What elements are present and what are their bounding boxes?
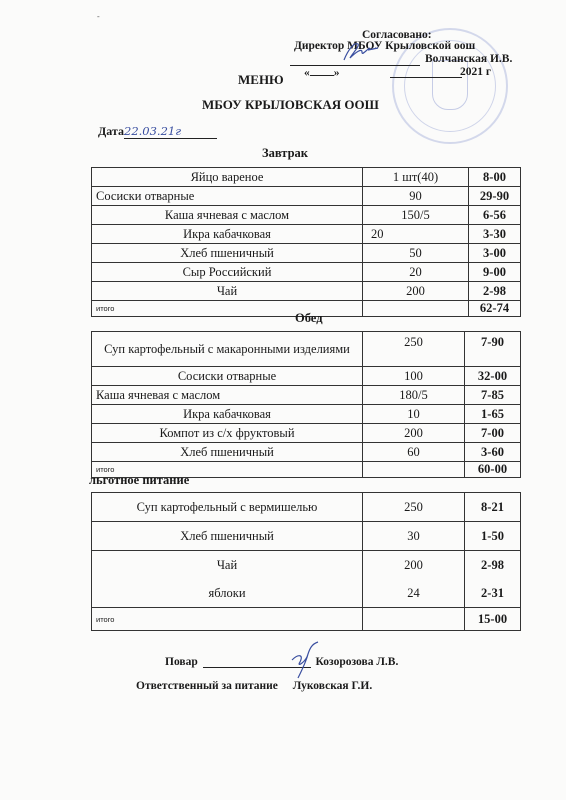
date-label: Дата bbox=[98, 124, 124, 138]
price-cell: 3-60 bbox=[465, 443, 521, 462]
portion-cell: 200 bbox=[363, 424, 465, 443]
section-title-benefit: льготное питание bbox=[89, 473, 189, 488]
dish-cell: Компот из с/х фруктовый bbox=[92, 424, 363, 443]
portion-cell: 180/5 bbox=[363, 386, 465, 405]
price-cell: 8-21 bbox=[465, 493, 521, 522]
section-title-breakfast: Завтрак bbox=[262, 146, 308, 161]
dish-cell: Икра кабачковая bbox=[92, 225, 363, 244]
benefit-table: Суп картофельный с вермишелью 250 8-21 Х… bbox=[91, 492, 521, 631]
director-signature bbox=[340, 40, 380, 62]
cook-signature bbox=[288, 640, 320, 680]
portion-cell: 100 bbox=[363, 367, 465, 386]
date-value: 22.03.21г bbox=[124, 124, 217, 139]
price-cell: 9-00 bbox=[469, 263, 521, 282]
dish-cell: Суп картофельный с макаронными изделиями bbox=[92, 332, 363, 367]
approval-year: 2021 г bbox=[460, 65, 491, 79]
price-cell: 2-98 bbox=[465, 551, 521, 580]
table-row: Суп картофельный с макаронными изделиями… bbox=[92, 332, 521, 367]
table-row: Икра кабачковая 10 1-65 bbox=[92, 405, 521, 424]
responsible-name: Луковская Г.И. bbox=[293, 680, 372, 692]
dish-cell: Икра кабачковая bbox=[92, 405, 363, 424]
portion-cell: 24 bbox=[363, 579, 465, 608]
table-row: яблоки 24 2-31 bbox=[92, 579, 521, 608]
portion-cell: 200 bbox=[363, 282, 469, 301]
dish-cell: Каша ячневая с маслом bbox=[92, 386, 363, 405]
table-row: Каша ячневая с маслом 180/5 7-85 bbox=[92, 386, 521, 405]
dish-cell: Каша ячневая с маслом bbox=[92, 206, 363, 225]
approval-date-day: «» bbox=[304, 65, 340, 80]
portion-cell: 20 bbox=[363, 263, 469, 282]
portion-cell: 200 bbox=[363, 551, 465, 580]
dish-cell: Хлеб пшеничный bbox=[92, 443, 363, 462]
portion-cell: 250 bbox=[363, 493, 465, 522]
price-cell: 3-30 bbox=[469, 225, 521, 244]
portion-cell: 90 bbox=[363, 187, 469, 206]
price-cell: 1-50 bbox=[465, 522, 521, 551]
cook-signature-row: Повар Козорозова Л.В. bbox=[165, 655, 398, 668]
school-name: МБОУ КРЫЛОВСКАЯ ООШ bbox=[202, 97, 379, 113]
table-row: Компот из с/х фруктовый 200 7-00 bbox=[92, 424, 521, 443]
total-label: итого bbox=[92, 608, 363, 631]
price-cell: 29-90 bbox=[469, 187, 521, 206]
price-cell: 7-00 bbox=[465, 424, 521, 443]
portion-cell: 30 bbox=[363, 522, 465, 551]
price-cell: 7-90 bbox=[465, 332, 521, 367]
table-row: Хлеб пшеничный 50 3-00 bbox=[92, 244, 521, 263]
date-row: Дата22.03.21г bbox=[98, 124, 217, 139]
section-title-lunch: Обед bbox=[295, 311, 323, 326]
price-cell: 6-56 bbox=[469, 206, 521, 225]
dish-cell: Чай bbox=[92, 282, 363, 301]
table-row: Чай 200 2-98 bbox=[92, 282, 521, 301]
total-row: итого 15-00 bbox=[92, 608, 521, 631]
table-row: Чай 200 2-98 bbox=[92, 551, 521, 580]
dish-cell: Сосиски отварные bbox=[92, 367, 363, 386]
table-row: Хлеб пшеничный 60 3-60 bbox=[92, 443, 521, 462]
portion-cell: 50 bbox=[363, 244, 469, 263]
cook-name: Козорозова Л.В. bbox=[316, 656, 399, 668]
cook-label: Повар bbox=[165, 656, 198, 668]
table-row: Сосиски отварные 90 29-90 bbox=[92, 187, 521, 206]
dish-cell: яблоки bbox=[92, 579, 363, 608]
portion-cell: 250 bbox=[363, 332, 465, 367]
responsible-row: Ответственный за питание Луковская Г.И. bbox=[136, 680, 372, 692]
portion-cell: 150/5 bbox=[363, 206, 469, 225]
approval-signer: Волчанская И.В. bbox=[425, 52, 512, 66]
responsible-label: Ответственный за питание bbox=[136, 680, 278, 692]
dish-cell: Чай bbox=[92, 551, 363, 580]
dish-cell: Суп картофельный с вермишелью bbox=[92, 493, 363, 522]
table-row: Икра кабачковая 20 3-30 bbox=[92, 225, 521, 244]
table-row: Хлеб пшеничный 30 1-50 bbox=[92, 522, 521, 551]
portion-cell: 20 bbox=[363, 225, 469, 244]
dish-cell: Хлеб пшеничный bbox=[92, 244, 363, 263]
price-cell: 1-65 bbox=[465, 405, 521, 424]
dish-cell: Яйцо вареное bbox=[92, 168, 363, 187]
price-cell: 2-98 bbox=[469, 282, 521, 301]
price-cell: 2-31 bbox=[465, 579, 521, 608]
lunch-table: Суп картофельный с макаронными изделиями… bbox=[91, 331, 521, 478]
price-cell: 3-00 bbox=[469, 244, 521, 263]
table-row: Сосиски отварные 100 32-00 bbox=[92, 367, 521, 386]
portion-cell: 10 bbox=[363, 405, 465, 424]
portion-cell: 60 bbox=[363, 443, 465, 462]
price-cell: 7-85 bbox=[465, 386, 521, 405]
table-row: Суп картофельный с вермишелью 250 8-21 bbox=[92, 493, 521, 522]
dish-cell: Сыр Российский bbox=[92, 263, 363, 282]
dish-cell: Сосиски отварные bbox=[92, 187, 363, 206]
page-title: МЕНЮ bbox=[238, 72, 284, 88]
total-value: 15-00 bbox=[465, 608, 521, 631]
scan-mark: - bbox=[97, 12, 100, 21]
approval-position: Директор МБОУ Крыловской оош bbox=[294, 39, 475, 53]
total-value: 60-00 bbox=[465, 462, 521, 478]
dish-cell: Хлеб пшеничный bbox=[92, 522, 363, 551]
price-cell: 8-00 bbox=[469, 168, 521, 187]
breakfast-table: Яйцо вареное 1 шт(40) 8-00 Сосиски отвар… bbox=[91, 167, 521, 317]
price-cell: 32-00 bbox=[465, 367, 521, 386]
approval-date-month-line bbox=[390, 65, 462, 78]
total-value: 62-74 bbox=[469, 301, 521, 317]
table-row: Яйцо вареное 1 шт(40) 8-00 bbox=[92, 168, 521, 187]
table-row: Сыр Российский 20 9-00 bbox=[92, 263, 521, 282]
table-row: Каша ячневая с маслом 150/5 6-56 bbox=[92, 206, 521, 225]
portion-cell: 1 шт(40) bbox=[363, 168, 469, 187]
